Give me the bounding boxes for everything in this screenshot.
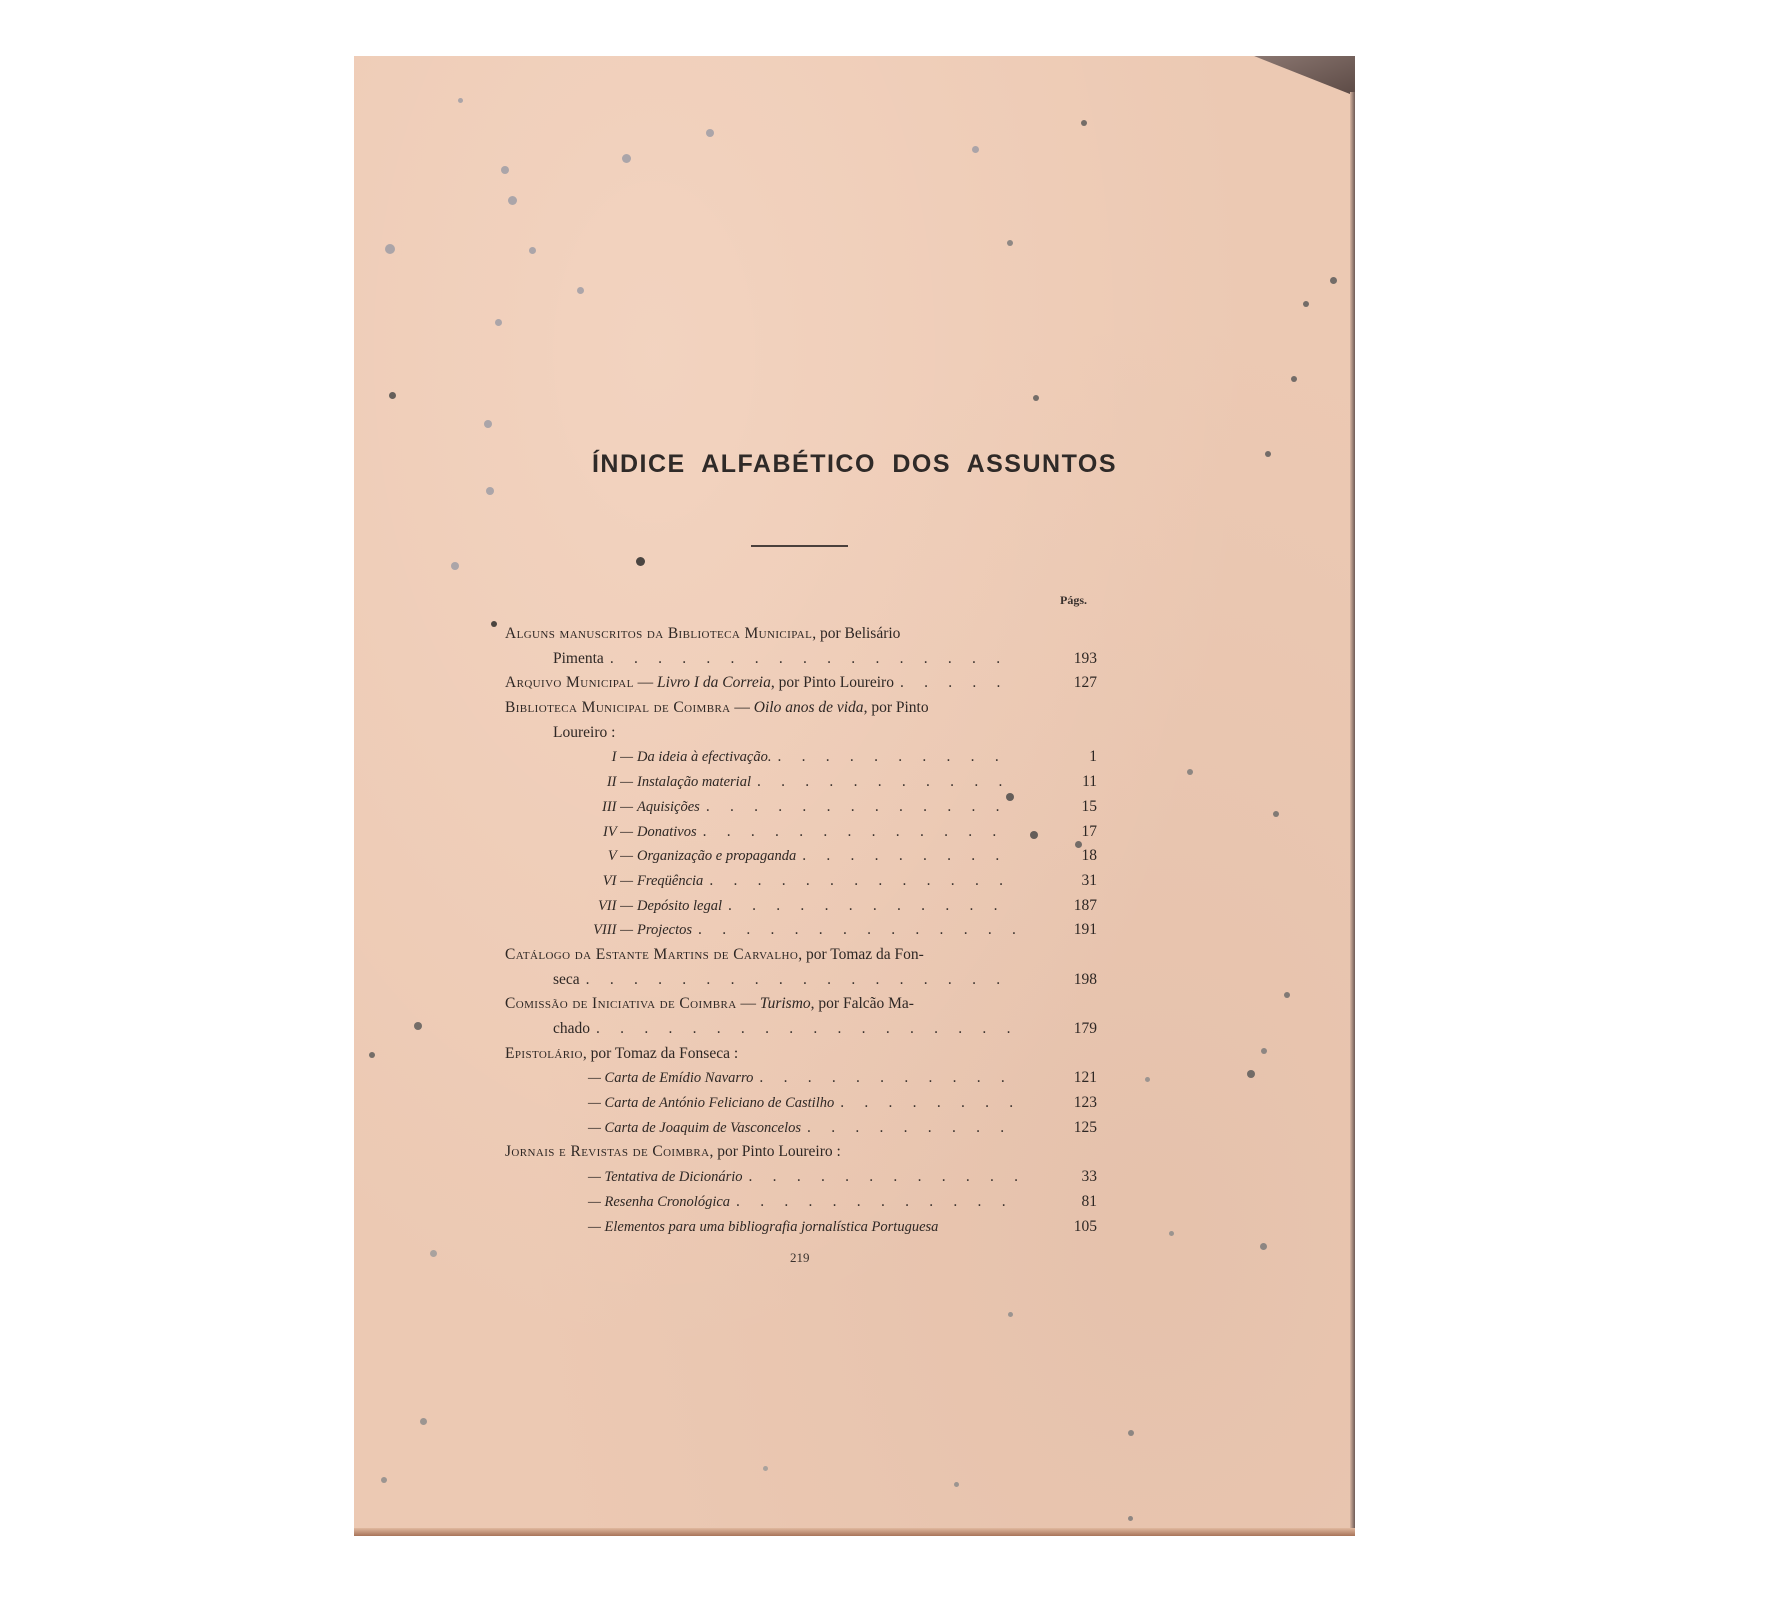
chapter-line: V —Organização e propaganda18. . . . . .… (505, 844, 1097, 869)
paper-spot (529, 247, 536, 254)
paper-spot (420, 1418, 427, 1425)
chapter-line: II —Instalação material11. . . . . . . .… (505, 770, 1097, 795)
chapter-title: Projectos (637, 918, 692, 943)
index-line: chado179. . . . . . . . . . . . . . . . … (505, 1017, 1097, 1042)
paper-spot (389, 392, 396, 399)
paper-spot (1007, 240, 1013, 246)
entry-text: Biblioteca Municipal de Coimbra — Oilo a… (505, 696, 929, 721)
letter-title: — Elementos para uma bibliografia jornal… (588, 1215, 938, 1240)
chapter-line: III —Aquisições15. . . . . . . . . . . .… (505, 795, 1097, 820)
entry-text: Catálogo da Estante Martins de Carvalho,… (505, 943, 924, 968)
dot-leader: . . . . . . . . . . . . . . . . . . . . … (749, 1165, 1017, 1190)
paper-spot (1187, 769, 1193, 775)
dot-leader: . . . . . . . . . . . . . . . . . . . . … (703, 820, 1017, 845)
chapter-title: Depósito legal (637, 894, 722, 919)
index-line: Alguns manuscritos da Biblioteca Municip… (505, 622, 1097, 647)
entry-text: Loureiro : (505, 721, 615, 746)
index-line: Comissão de Iniciativa de Coimbra — Turi… (505, 992, 1097, 1017)
entry-author: — (634, 674, 657, 691)
dot-leader: . . . . . . . . . . . . . . . . . . . . … (807, 1116, 1017, 1141)
index-line: seca198. . . . . . . . . . . . . . . . .… (505, 968, 1097, 993)
page-ref: 17 (1037, 820, 1097, 845)
entry-heading: Arquivo Municipal (505, 674, 634, 691)
index-entry: Jornais e Revistas de Coimbra, por Pinto… (505, 1140, 1097, 1239)
index-line: Loureiro : (505, 721, 1097, 746)
letter-title: — Carta de Joaquim de Vasconcelos (588, 1116, 801, 1141)
index-line: Catálogo da Estante Martins de Carvalho,… (505, 943, 1097, 968)
page-edge-bottom (354, 1528, 1355, 1536)
index-entry: Alguns manuscritos da Biblioteca Municip… (505, 622, 1097, 671)
entry-author: — (731, 699, 754, 716)
title-rule (751, 545, 848, 547)
entry-author: , por Falcão Ma- (811, 995, 914, 1012)
page-ref: 31 (1037, 869, 1097, 894)
paper-spot (1033, 395, 1039, 401)
index-entry: Comissão de Iniciativa de Coimbra — Turi… (505, 992, 1097, 1041)
dot-leader: . . . . . . . . . . . . . . . . . . . . … (586, 968, 1017, 993)
dot-leader: . . . . . . . . . . . . . . . . . . . . … (610, 647, 1017, 672)
index-line: Biblioteca Municipal de Coimbra — Oilo a… (505, 696, 1097, 721)
entry-text: chado (505, 1017, 590, 1042)
page-ref: 198 (1037, 968, 1097, 993)
index-list: Alguns manuscritos da Biblioteca Municip… (505, 622, 1097, 1239)
dot-leader: . . . . . . . . . . . . . . . . . . . . … (709, 869, 1017, 894)
letter-line: — Carta de Joaquim de Vasconcelos125. . … (505, 1116, 1097, 1141)
entry-author: Pimenta (553, 650, 604, 667)
index-line: Jornais e Revistas de Coimbra, por Pinto… (505, 1140, 1097, 1165)
page-ref: 191 (1037, 918, 1097, 943)
paper-spot (486, 487, 494, 495)
chapter-title: Da ideia à efectivação. (637, 745, 771, 770)
letter-line: — Carta de Emídio Navarro121. . . . . . … (505, 1066, 1097, 1091)
dot-leader: . . . . . . . . . . . . . . . . . . . . … (757, 770, 1017, 795)
chapter-title: Donativos (637, 820, 697, 845)
entry-text: Epistolário, por Tomaz da Fonseca : (505, 1042, 738, 1067)
entry-text: Comissão de Iniciativa de Coimbra — Turi… (505, 992, 914, 1017)
entry-text: Alguns manuscritos da Biblioteca Municip… (505, 622, 900, 647)
page-number: 219 (790, 1250, 810, 1266)
index-entry: Epistolário, por Tomaz da Fonseca :— Car… (505, 1042, 1097, 1141)
paper-spot (484, 420, 492, 428)
page-ref: 121 (1037, 1066, 1097, 1091)
entry-author: chado (553, 1020, 590, 1037)
entry-author: seca (553, 971, 580, 988)
page-ref: 105 (1037, 1215, 1097, 1240)
dot-leader: . . . . . . . . . . . . . . . . . . . . … (802, 844, 1017, 869)
chapter-title: Freqüência (637, 869, 703, 894)
dot-leader: . . . . . . . . . . . . . . . . . . . . … (728, 894, 1017, 919)
paper-spot (369, 1052, 375, 1058)
roman-numeral: III — (505, 795, 633, 820)
chapter-title: Aquisições (637, 795, 700, 820)
entry-text: Pimenta (505, 647, 604, 672)
roman-numeral: I — (505, 745, 633, 770)
paper-spot (458, 98, 463, 103)
paper-spot (1128, 1430, 1134, 1436)
paper-spot (954, 1482, 959, 1487)
dot-leader: . . . . . . . . . . . . . . . . . . . . … (900, 671, 1017, 696)
entry-heading: Epistolário (505, 1045, 583, 1062)
entry-text: seca (505, 968, 580, 993)
page-ref: 15 (1037, 795, 1097, 820)
roman-numeral: IV — (505, 820, 633, 845)
dot-leader: . . . . . . . . . . . . . . . . . . . . … (698, 918, 1017, 943)
paper-spot (1284, 992, 1290, 998)
paper-spot (1291, 376, 1297, 382)
chapter-line: VI —Freqüência31. . . . . . . . . . . . … (505, 869, 1097, 894)
entry-text: Jornais e Revistas de Coimbra, por Pinto… (505, 1140, 841, 1165)
paper-spot (491, 621, 497, 627)
paper-spot (1128, 1516, 1133, 1521)
dot-leader: . . . . . . . . . . . . . . . . . . . . … (777, 745, 1017, 770)
paper-spot (1330, 277, 1337, 284)
entry-author: , por Tomaz da Fon- (798, 946, 924, 963)
entry-author: — (737, 995, 760, 1012)
letter-title: — Carta de António Feliciano de Castilho (588, 1091, 834, 1116)
index-entry: Biblioteca Municipal de Coimbra — Oilo a… (505, 696, 1097, 943)
entry-author: , por Tomaz da Fonseca : (583, 1045, 738, 1062)
paper-spot (495, 319, 502, 326)
roman-numeral: VIII — (505, 918, 633, 943)
dot-leader: . . . . . . . . . . . . . . . . . . . . … (736, 1190, 1017, 1215)
paper-spot (430, 1250, 437, 1257)
chapter-line: VII —Depósito legal187. . . . . . . . . … (505, 894, 1097, 919)
entry-author: , por Belisário (812, 625, 900, 642)
page-ref: 33 (1037, 1165, 1097, 1190)
roman-numeral: V — (505, 844, 633, 869)
paper-spot (706, 129, 714, 137)
letter-title: — Resenha Cronológica (588, 1190, 730, 1215)
paper-spot (622, 154, 631, 163)
page-ref: 125 (1037, 1116, 1097, 1141)
entry-heading: Comissão de Iniciativa de Coimbra (505, 995, 737, 1012)
letter-line: — Tentativa de Dicionário33. . . . . . .… (505, 1165, 1097, 1190)
letter-title: — Tentativa de Dicionário (588, 1165, 743, 1190)
paper-spot (1303, 301, 1309, 307)
page-ref: 179 (1037, 1017, 1097, 1042)
index-entry: Catálogo da Estante Martins de Carvalho,… (505, 943, 1097, 992)
entry-subtitle: Turismo (760, 995, 811, 1012)
chapter-line: VIII —Projectos191. . . . . . . . . . . … (505, 918, 1097, 943)
roman-numeral: VI — (505, 869, 633, 894)
dot-leader: . . . . . . . . . . . . . . . . . . . . … (596, 1017, 1017, 1042)
entry-heading: Jornais e Revistas de Coimbra (505, 1143, 710, 1160)
page-edge-right (1350, 92, 1355, 1536)
index-entry: Arquivo Municipal — Livro I da Correia, … (505, 671, 1097, 696)
letter-line: — Elementos para uma bibliografia jornal… (505, 1215, 1097, 1240)
index-line: Arquivo Municipal — Livro I da Correia, … (505, 671, 1097, 696)
paper-spot (1261, 1048, 1267, 1054)
entry-heading: Alguns manuscritos da Biblioteca Municip… (505, 625, 812, 642)
paper-spot (451, 562, 459, 570)
paper-spot (1273, 811, 1279, 817)
dot-leader: . . . . . . . . . . . . . . . . . . . . … (840, 1091, 1017, 1116)
paper-spot (763, 1466, 768, 1471)
entry-text: Arquivo Municipal — Livro I da Correia, … (505, 671, 894, 696)
chapter-line: IV —Donativos17. . . . . . . . . . . . .… (505, 820, 1097, 845)
letter-title: — Carta de Emídio Navarro (588, 1066, 753, 1091)
index-line: Pimenta193. . . . . . . . . . . . . . . … (505, 647, 1097, 672)
paper-spot (385, 244, 395, 254)
letter-line: — Resenha Cronológica81. . . . . . . . .… (505, 1190, 1097, 1215)
page-ref: 127 (1037, 671, 1097, 696)
paper-spot (501, 166, 509, 174)
paper-spot (1081, 120, 1087, 126)
paper-spot (1169, 1231, 1174, 1236)
paper-spot (636, 557, 645, 566)
page-ref: 1 (1037, 745, 1097, 770)
paper-spot (972, 146, 979, 153)
dot-leader: . . . . . . . . . . . . . . . . . . . . … (706, 795, 1017, 820)
page-ref: 193 (1037, 647, 1097, 672)
index-line: Epistolário, por Tomaz da Fonseca : (505, 1042, 1097, 1067)
roman-numeral: II — (505, 770, 633, 795)
page-title: ÍNDICE ALFABÉTICO DOS ASSUNTOS (354, 450, 1355, 479)
entry-author: , por Pinto Loureiro (771, 674, 894, 691)
chapter-title: Instalação material (637, 770, 751, 795)
entry-heading: Biblioteca Municipal de Coimbra (505, 699, 731, 716)
letter-line: — Carta de António Feliciano de Castilho… (505, 1091, 1097, 1116)
entry-author: , por Pinto Loureiro : (710, 1143, 841, 1160)
roman-numeral: VII — (505, 894, 633, 919)
page-ref: 81 (1037, 1190, 1097, 1215)
entry-subtitle: Livro I da Correia (657, 674, 771, 691)
entry-heading: Catálogo da Estante Martins de Carvalho (505, 946, 798, 963)
paper-spot (1260, 1243, 1267, 1250)
chapter-title: Organização e propaganda (637, 844, 796, 869)
paper-spot (381, 1477, 387, 1483)
entry-subtitle: Oilo anos de vida (754, 699, 864, 716)
page-ref: 187 (1037, 894, 1097, 919)
page-ref: 11 (1037, 770, 1097, 795)
paper-spot (1008, 1312, 1013, 1317)
pages-column-label: Págs. (1060, 593, 1087, 608)
paper-spot (508, 196, 517, 205)
paper-spot (1145, 1077, 1150, 1082)
paper-spot (577, 287, 584, 294)
page-ref: 18 (1037, 844, 1097, 869)
paper-spot (1247, 1070, 1255, 1078)
page-ref: 123 (1037, 1091, 1097, 1116)
paper-spot (414, 1022, 422, 1030)
dot-leader: . . . . . . . . . . . . . . . . . . . . … (759, 1066, 1017, 1091)
entry-author: Loureiro : (553, 724, 615, 741)
chapter-line: I —Da ideia à efectivação.1. . . . . . .… (505, 745, 1097, 770)
entry-author: , por Pinto (864, 699, 929, 716)
